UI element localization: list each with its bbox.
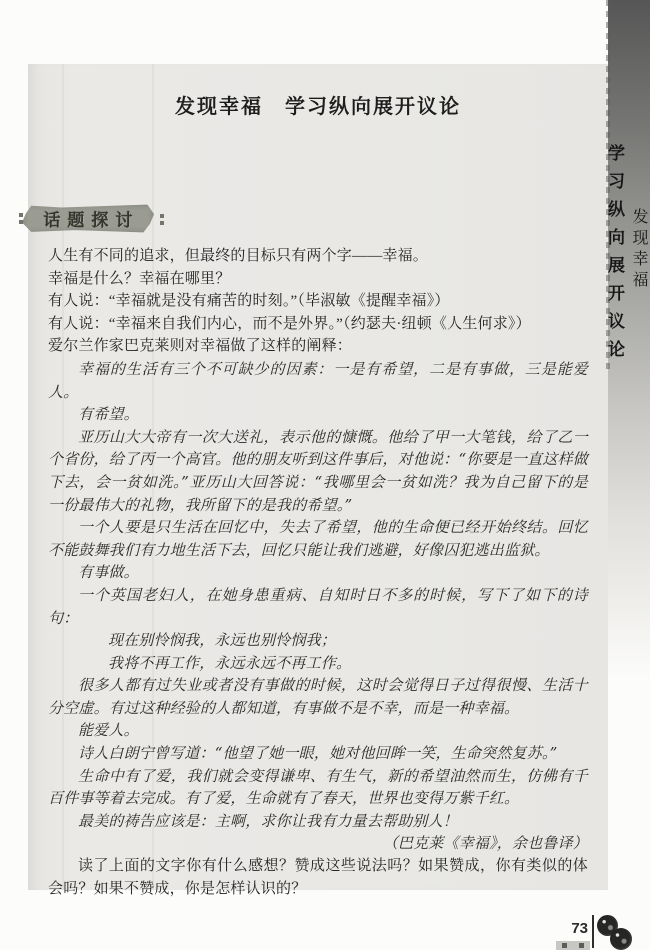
paragraph: 爱尔兰作家巴克莱则对幸福做了这样的阐释：: [48, 335, 588, 358]
paragraph: 有事做。: [48, 561, 588, 584]
paragraph: 很多人都有过失业或者没有事做的时候，这时会觉得日子过得很慢、生活十分空虚。有过这…: [48, 674, 588, 719]
badge-dots-icon: [19, 213, 23, 217]
ink-blossom-icon: [610, 928, 632, 950]
paragraph: 一个人要是只生活在回忆中，失去了希望，他的生命便已经开始终结。回忆不能鼓舞我们有…: [48, 516, 588, 561]
paragraph: 现在别怜悯我，永远也别怜悯我；: [48, 629, 588, 652]
footer-tab-mark: [562, 943, 567, 948]
paragraph: 幸福是什么？幸福在哪里？: [48, 268, 588, 291]
paragraph: 我将不再工作，永远永远不再工作。: [48, 652, 588, 675]
paragraph: 生命中有了爱，我们就会变得谦卑、有生气，新的希望油然而生，仿佛有千百件事等着去完…: [48, 765, 588, 810]
paragraph: 亚历山大大帝有一次大送礼，表示他的慷慨。他给了甲一大笔钱，给了乙一个省份，给了丙…: [48, 426, 588, 516]
paragraph: 能爱人。: [48, 719, 588, 742]
paragraph: 有人说：“幸福就是没有痛苦的时刻。”（毕淑敏《提醒幸福》）: [48, 290, 588, 313]
paragraph: 诗人白朗宁曾写道：“他望了她一眼，她对他回眸一笑，生命突然复苏。”: [48, 742, 588, 765]
badge-dots-icon: [160, 214, 164, 218]
footer-tab: [556, 941, 590, 950]
page-title: 发现幸福 学习纵向展开议论: [28, 90, 608, 119]
content-page: 发现幸福 学习纵向展开议论 话题探讨 人生有不同的追求，但最终的目标只有两个字—…: [28, 64, 608, 890]
page-number: 73: [560, 920, 588, 937]
paragraph: 幸福的生活有三个不可缺少的因素：一是有希望，二是有事做，三是能爱人。: [48, 358, 588, 403]
paragraph: 读了上面的文字你有什么感想？赞成这些说法吗？如果赞成，你有类似的体会吗？如果不赞…: [48, 855, 588, 900]
footer-tab-mark: [579, 943, 584, 948]
paragraph: 有人说：“幸福来自我们内心，而不是外界。”（约瑟夫·纽顿《人生何求》）: [48, 313, 588, 336]
paragraph: 最美的祷告应该是：主啊，求你让我有力量去帮助别人！: [48, 810, 588, 833]
chapter-title-part2: 学习纵向展开议论: [602, 144, 627, 368]
topic-badge-label: 话题探讨: [37, 206, 140, 231]
chapter-title-part1: 发现幸福: [627, 208, 650, 292]
footer-divider: [592, 915, 594, 948]
textbook-page: { "page": { "title": "发现幸福 学习纵向展开议论", "p…: [0, 0, 650, 950]
topic-badge: 话题探讨: [22, 204, 154, 233]
chapter-title-vertical: 发现幸福 学习纵向展开议论: [608, 132, 650, 368]
paragraph: 有希望。: [48, 403, 588, 426]
body-text: 人生有不同的追求，但最终的目标只有两个字——幸福。幸福是什么？幸福在哪里？有人说…: [48, 245, 588, 900]
paragraph: 人生有不同的追求，但最终的目标只有两个字——幸福。: [48, 245, 588, 268]
paragraph: （巴克莱《幸福》，余也鲁译）: [48, 832, 588, 855]
paragraph: 一个英国老妇人，在她身患重病、自知时日不多的时候，写下了如下的诗句：: [48, 584, 588, 629]
